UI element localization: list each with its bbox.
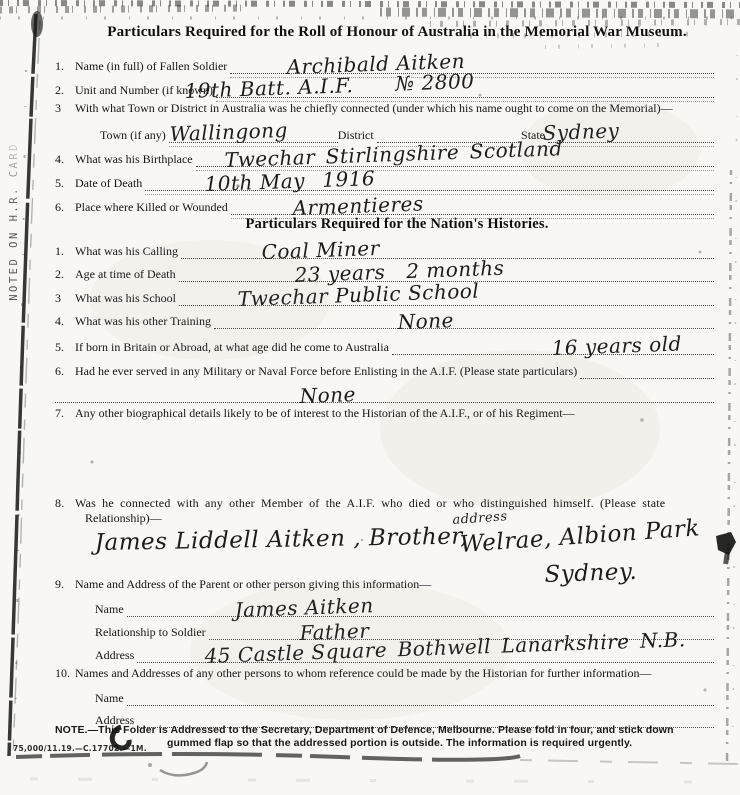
row-connected-member-question: 8. Was he connected with any other Membe…	[55, 496, 714, 511]
handwritten-prior-service: None	[299, 382, 356, 408]
field-label: Name	[55, 691, 127, 706]
row-town-district-state: Town (if any) District State Wallingong …	[55, 124, 714, 143]
row-label: What was his other Training	[75, 314, 214, 329]
town-label: Town (if any)	[100, 128, 169, 143]
row-label: Name (in full) of Fallen Soldier	[75, 59, 230, 74]
row-number: 2.	[55, 267, 75, 282]
row-label: Age at time of Death	[75, 267, 179, 282]
row-connected-member-answer: James Liddell Aitken , Brother, address …	[55, 518, 714, 558]
row-number: 9.	[55, 577, 75, 592]
row-label: What was his Birthplace	[75, 152, 196, 167]
field-label: Relationship to Soldier	[55, 625, 209, 640]
handwritten-town: Wallingong	[169, 118, 288, 146]
handwritten-relative-name: James Liddell Aitken , Brother,	[95, 523, 469, 556]
row-number: 1.	[55, 59, 75, 74]
dotted-answer-line	[214, 322, 714, 329]
dotted-answer-line	[127, 699, 714, 706]
row-biographical-details: 7. Any other biographical details likely…	[55, 406, 714, 421]
printer-code: 75,000/11.19.—C.17702.—1M.	[13, 744, 147, 753]
row-number: 1.	[55, 244, 75, 259]
row-label: What was his School	[75, 291, 179, 306]
row-prior-service-answer: None	[55, 384, 714, 403]
row-age-at-death: 2. Age at time of Death 23 years 2 month…	[55, 263, 714, 282]
row-other-training: 4. What was his other Training None	[55, 310, 714, 329]
row-unit-and-number: 2. Unit and Number (if known) 19th Batt.…	[55, 79, 714, 98]
row-references-heading: 10. Names and Addresses of any other per…	[55, 666, 714, 681]
row-age-came-to-australia: 5. If born in Britain or Abroad, at what…	[55, 336, 714, 355]
row-number: 5.	[55, 340, 75, 355]
row-number: 6.	[55, 200, 75, 215]
row-label: What was his Calling	[75, 244, 181, 259]
row-informant-address: Address 45 Castle Square Bothwell Lanark…	[55, 644, 714, 663]
row-number: 8.	[55, 496, 75, 511]
row-informant-name: Name James Aitken	[55, 598, 714, 617]
row-number: 7.	[55, 406, 75, 421]
handwritten-training: None	[397, 308, 454, 334]
row-reference-name: Name	[55, 687, 714, 706]
field-label: Address	[55, 648, 137, 663]
dotted-answer-line	[127, 610, 714, 617]
row-number: 2.	[55, 83, 75, 98]
district-label: District	[338, 128, 377, 143]
handwritten-age-to-australia: 16 years old	[551, 331, 682, 360]
row-label: Was he connected with any other Member o…	[75, 496, 668, 511]
row-label: Any other biographical details likely to…	[75, 406, 578, 421]
row-number: 4.	[55, 152, 75, 167]
row-label: With what Town or District in Australia …	[75, 101, 676, 116]
field-label: Name	[55, 602, 127, 617]
row-number: 3	[55, 101, 75, 116]
row-calling: 1. What was his Calling Coal Miner	[55, 240, 714, 259]
handwritten-school: Twechar Public School	[237, 279, 479, 311]
row-label: Name and Address of the Parent or other …	[75, 577, 434, 592]
folding-instructions-note: NOTE.—This Folder is Addressed to the Se…	[55, 724, 710, 750]
row-label: Date of Death	[75, 176, 145, 191]
row-number: 4.	[55, 314, 75, 329]
row-number: 5.	[55, 176, 75, 191]
row-number: 6.	[55, 364, 75, 379]
handwritten-informant-name: James Aitken	[234, 593, 374, 622]
row-school: 3 What was his School Twechar Public Sch…	[55, 287, 714, 306]
row-informant-heading: 9. Name and Address of the Parent or oth…	[55, 577, 714, 592]
handwritten-address-word: address	[452, 509, 508, 528]
row-place-killed: 6. Place where Killed or Wounded Armenti…	[55, 196, 714, 215]
memorial-form-document: NOTED ON H.R. CARD Particulars Required …	[0, 0, 740, 795]
row-date-of-death: 5. Date of Death 10th May 1916	[55, 172, 714, 191]
row-number: 10.	[55, 666, 75, 681]
row-town-district-question: 3 With what Town or District in Australi…	[55, 101, 714, 116]
form-title-nations-histories: Particulars Required for the Nation's Hi…	[80, 216, 714, 233]
handwritten-date-of-death: 10th May 1916	[204, 166, 375, 196]
row-label: Place where Killed or Wounded	[75, 200, 231, 215]
row-label: If born in Britain or Abroad, at what ag…	[75, 340, 392, 355]
row-label: Had he ever served in any Military or Na…	[75, 364, 580, 379]
row-label: Names and Addresses of any other persons…	[75, 666, 655, 681]
dotted-answer-line	[580, 372, 714, 379]
row-number: 3	[55, 291, 75, 306]
form-title-roll-of-honour: Particulars Required for the Roll of Hon…	[80, 24, 714, 41]
row-prior-service-question: 6. Had he ever served in any Military or…	[55, 360, 714, 379]
dotted-answer-line	[55, 396, 714, 403]
row-birthplace: 4. What was his Birthplace Twechar Stirl…	[55, 148, 714, 167]
hr-card-stamp: NOTED ON H.R. CARD	[8, 142, 20, 301]
